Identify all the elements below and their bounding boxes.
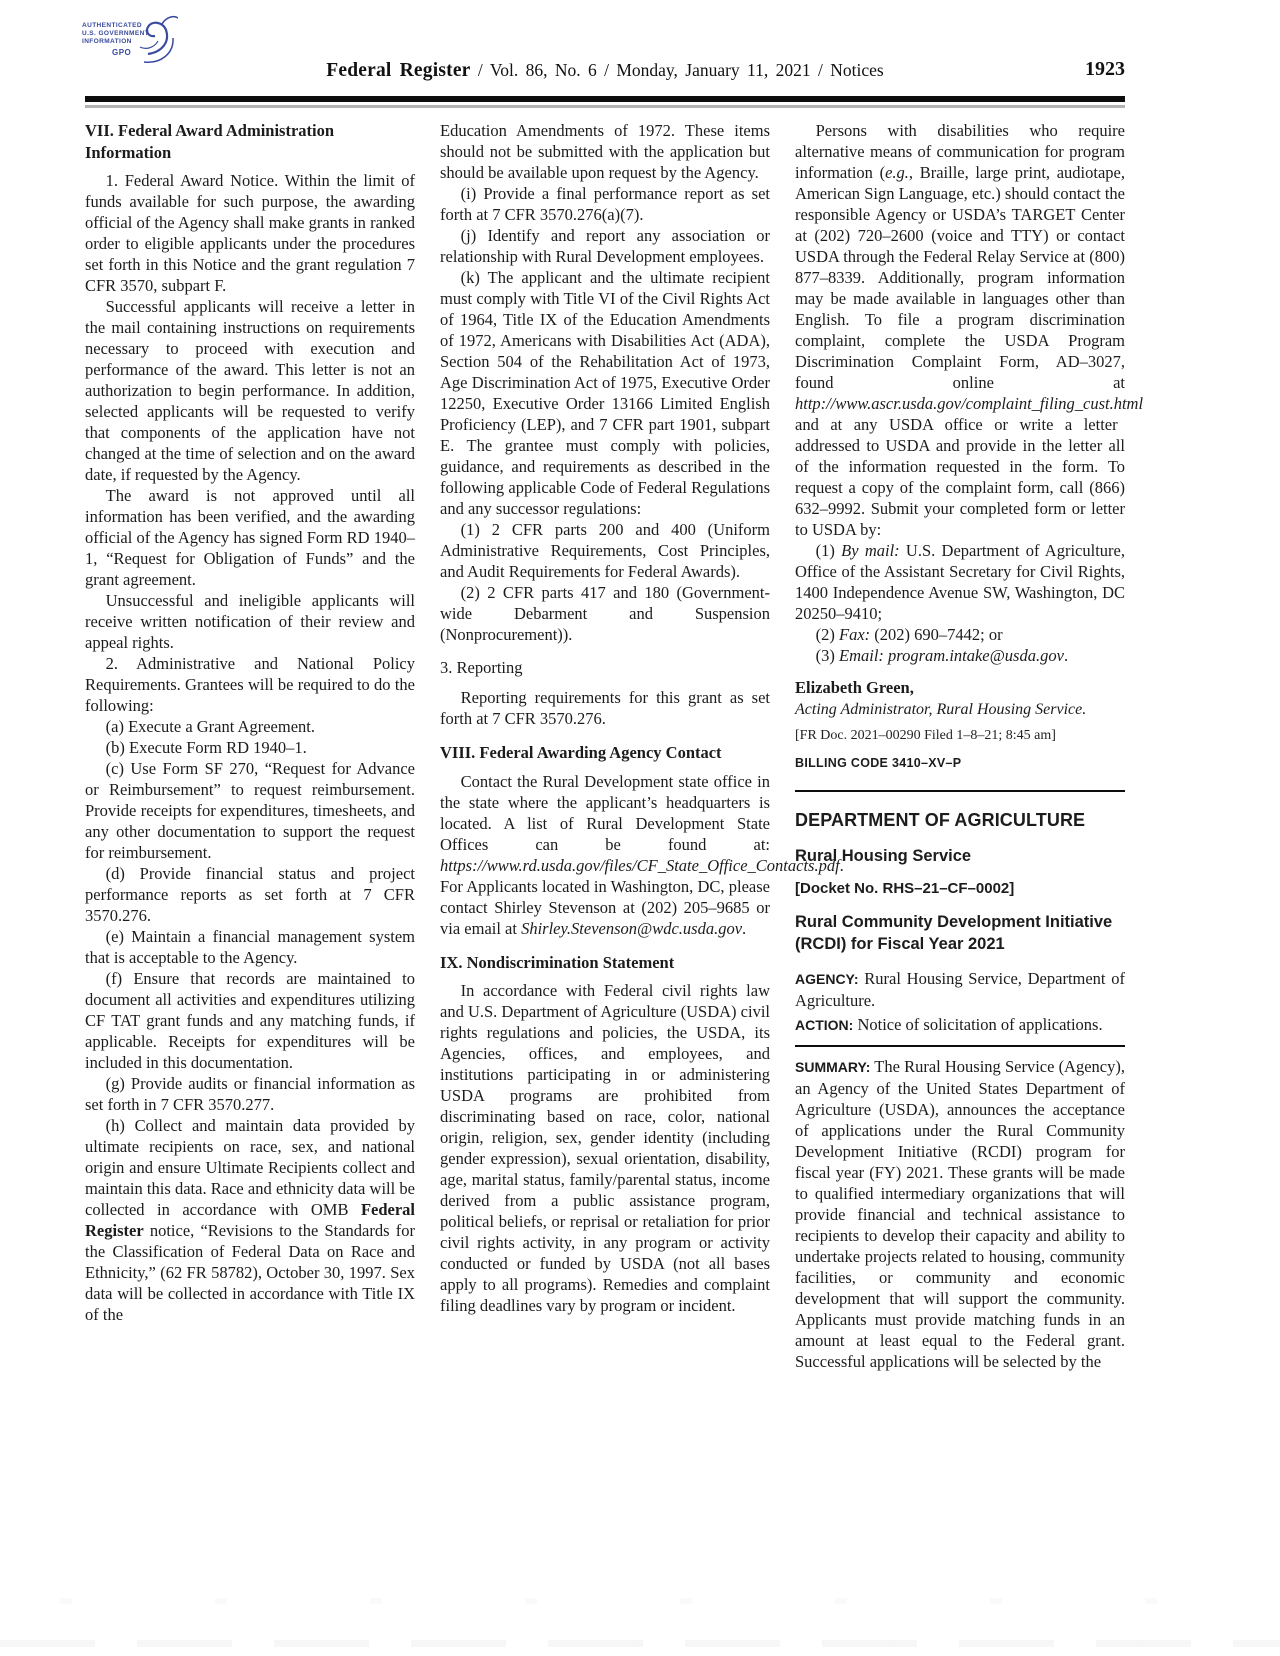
paragraph: 2. Administrative and National Policy Re… [85,653,415,716]
scan-artifact-row [0,1598,1280,1604]
docket-number: [Docket No. RHS–21–CF–0002] [795,878,1125,899]
paragraph: Persons with disabilities who require al… [795,120,1125,540]
section-heading: VII. Federal Award Administration Inform… [85,120,415,163]
text-segment: . [742,919,746,938]
summary-label: SUMMARY: [795,1059,870,1075]
paragraph: Unsuccessful and ineligible applicants w… [85,590,415,653]
paragraph: (a) Execute a Grant Agreement. [85,716,415,737]
paragraph: Reporting requirements for this grant as… [440,687,770,729]
paragraph: 1. Federal Award Notice. Within the limi… [85,170,415,296]
seal-line-2: U.S. GOVERNMENT [82,30,149,38]
page-header: Federal Register / Vol. 86, No. 6 / Mond… [85,60,1125,82]
paragraph: (e) Maintain a financial management syst… [85,926,415,968]
paragraph: (2) 2 CFR parts 417 and 180 (Government-… [440,582,770,645]
page-fold-artifact [0,1640,1280,1647]
signature-title: Acting Administrator, Rural Housing Serv… [795,699,1125,720]
header-rule-thick [85,96,1125,102]
billing-code: BILLING CODE 3410–XV–P [795,753,1125,774]
paragraph: (1) By mail: U.S. Department of Agricult… [795,540,1125,624]
column-1: VII. Federal Award Administration Inform… [85,120,415,1325]
paragraph: (f) Ensure that records are maintained t… [85,968,415,1073]
column-3: Persons with disabilities who require al… [795,120,1125,1375]
seal-line-3: INFORMATION [82,38,149,46]
text-segment: program.intake@usda.gov [888,646,1064,665]
text-segment: Shirley.Stevenson@wdc.usda.gov [521,919,742,938]
paragraph: (i) Provide a final performance report a… [440,183,770,225]
paragraph: (j) Identify and report any association … [440,225,770,267]
labeled-paragraph: AGENCY: Rural Housing Service, Departmen… [795,968,1125,1011]
text-segment: (2) [816,625,839,644]
section-heading: IX. Nondiscrimination Statement [440,952,770,974]
header-title: Federal Register / Vol. 86, No. 6 / Mond… [326,60,883,82]
text-segment: (1) [816,541,842,560]
federal-register-page: AUTHENTICATED U.S. GOVERNMENT INFORMATIO… [0,0,1280,1656]
labeled-paragraph: SUMMARY: The Rural Housing Service (Agen… [795,1056,1125,1372]
summary-divider-rule [795,1045,1125,1047]
text-segment: e.g. [885,163,909,182]
department-heading: DEPARTMENT OF AGRICULTURE [795,810,1125,831]
paragraph: (b) Execute Form RD 1940–1. [85,737,415,758]
column-2: Education Amendments of 1972. These item… [440,120,770,1316]
agency-label: AGENCY: [795,971,859,987]
paragraph: Contact the Rural Development state offi… [440,771,770,939]
text-segment: . [1064,646,1068,665]
paragraph: (2) Fax: (202) 690–7442; or [795,624,1125,645]
text-segment: and at any USDA office or write a letter… [795,415,1125,539]
paragraph: (c) Use Form SF 270, “Request for Advanc… [85,758,415,863]
paragraph: Successful applicants will receive a let… [85,296,415,485]
text-segment: By mail: [841,541,900,560]
header-rule [85,96,1125,108]
paragraph: (1) 2 CFR parts 200 and 400 (Uniform Adm… [440,519,770,582]
text-segment: (202) 690–7442; or [870,625,1002,644]
seal-text: AUTHENTICATED U.S. GOVERNMENT INFORMATIO… [82,22,149,46]
publication-name: Federal Register [326,60,470,81]
sub-section-heading: 3. Reporting [440,657,770,678]
agency-subheading: Rural Housing Service [795,846,1125,867]
seal-line-1: AUTHENTICATED [82,22,149,30]
paragraph: (3) Email: program.intake@usda.gov. [795,645,1125,666]
header-rule-thin [85,105,1125,108]
text-segment: Fax: [839,625,870,644]
paragraph: (d) Provide financial status and project… [85,863,415,926]
text-segment: (3) [816,646,839,665]
section-heading: VIII. Federal Awarding Agency Contact [440,742,770,764]
labeled-paragraph: ACTION: Notice of solicitation of applic… [795,1014,1125,1036]
fr-doc-line: [FR Doc. 2021–00290 Filed 1–8–21; 8:45 a… [795,725,1125,746]
text-segment: Contact the Rural Development state offi… [440,772,770,854]
gpo-label: GPO [112,48,131,57]
text-segment: Email: [839,646,884,665]
section-divider-rule [795,790,1125,792]
text-segment: , Braille, large print, audiotape, Ameri… [795,163,1125,392]
paragraph: In accordance with Federal civil rights … [440,980,770,1316]
article-columns: VII. Federal Award Administration Inform… [85,120,1125,1375]
issue-info: / Vol. 86, No. 6 / Monday, January 11, 2… [471,60,884,80]
text-segment: http://www.ascr.usda.gov/complaint_filin… [795,394,1143,413]
paragraph: The award is not approved until all info… [85,485,415,590]
signature-name: Elizabeth Green, [795,677,1125,698]
action-label: ACTION: [795,1017,853,1033]
page-number: 1923 [1085,58,1125,81]
paragraph-continuation: Education Amendments of 1972. These item… [440,120,770,183]
text-segment: https://www.rd.usda.gov/files/CF_State_O… [440,856,840,875]
document-title: Rural Community Development Initiative (… [795,912,1125,955]
paragraph: (k) The applicant and the ultimate recip… [440,267,770,519]
paragraph: (g) Provide audits or financial informat… [85,1073,415,1115]
paragraph: (h) Collect and maintain data provided b… [85,1115,415,1325]
